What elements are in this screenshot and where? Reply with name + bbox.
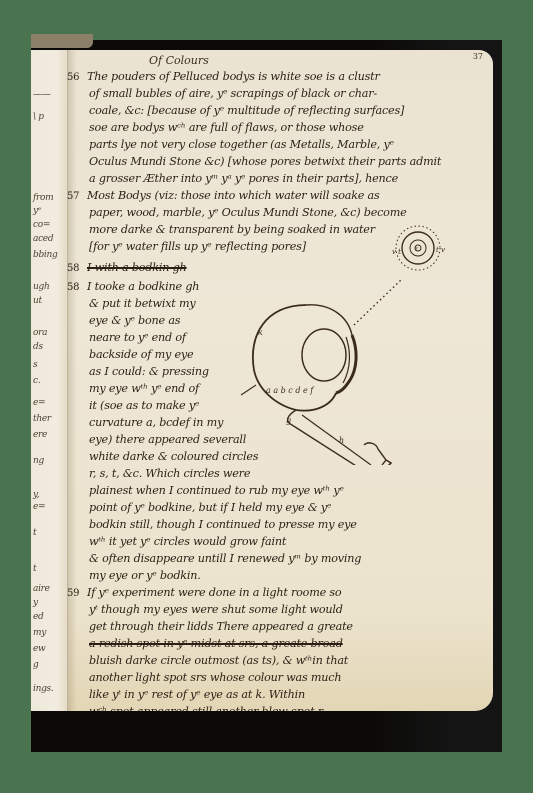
margin-note: e=	[33, 398, 45, 408]
label-tv: t v	[436, 246, 445, 254]
text-line: another light spot srs whose colour was …	[89, 669, 341, 686]
margin-note: t	[33, 564, 36, 574]
margin-note: y	[33, 598, 38, 608]
text-line: [for yᵉ water fills up yᵉ reflecting por…	[89, 238, 306, 255]
label-k: k	[258, 328, 263, 337]
text-line: 57Most Bodys (viz: those into which wate…	[89, 187, 380, 205]
margin-note: ere	[33, 430, 47, 440]
book-edge	[31, 34, 93, 48]
black-frame: —— \ p from yᵉ co= aced bbing ugh ut ora…	[31, 40, 502, 752]
margin-note: ew	[33, 644, 45, 654]
eye-bodkin-diagram: k a a b c d e f g h	[236, 265, 436, 465]
text-line: bluish darke circle outmost (as ts), & w…	[89, 652, 348, 669]
text-line: eye & yᵉ bone as	[89, 312, 180, 329]
text-line: neare to yᵉ end of	[89, 329, 186, 346]
margin-note: ng	[33, 456, 44, 466]
label-vt: v t	[392, 248, 401, 256]
text-line: paper, wood, marble, yᵉ Oculus Mundi Sto…	[89, 204, 407, 221]
text-line: curvature a, bcdef in my	[89, 414, 223, 431]
text-line: Oculus Mundi Stone &c) [whose pores betw…	[89, 153, 441, 170]
text-line: bodkin still, though I continued to pres…	[89, 516, 357, 533]
label-r: r	[415, 246, 419, 253]
text-line: 58I tooke a bodkine gh	[89, 278, 199, 296]
label-g: g	[286, 416, 291, 425]
margin-note: from	[33, 193, 53, 203]
margin-note: e=	[33, 502, 45, 512]
margin-note: t	[33, 528, 36, 538]
text-line: eye) there appeared severall	[89, 431, 246, 448]
margin-note: g	[33, 660, 38, 670]
margin-note: bbing	[33, 250, 57, 260]
entry-number: 58	[67, 260, 87, 277]
text-line: get through their lidds There appeared a…	[89, 618, 353, 635]
text-line: r, s, t, &c. Which circles were	[89, 465, 250, 482]
text-line: 59If yᵉ experiment were done in a light …	[89, 584, 341, 602]
entry-number: 58	[67, 279, 87, 296]
margin-note: co=	[33, 220, 50, 230]
text-line: as I could: & pressing	[89, 363, 209, 380]
margin-note: s	[33, 360, 37, 370]
margin-note: ora	[33, 328, 47, 338]
margin-note: aced	[33, 234, 53, 244]
text-line: yᵗ though my eyes were shut some light w…	[89, 601, 343, 618]
margin-note: ther	[33, 414, 51, 424]
concentric-circles-diagram: v t t v r	[386, 218, 456, 278]
margin-note: ut	[33, 296, 42, 306]
margin-note: ings.	[33, 684, 53, 694]
margin-note: yᵉ	[33, 206, 41, 216]
margin-note: aire	[33, 584, 50, 594]
text-line: plainest when I continued to rub my eye …	[89, 482, 344, 499]
text-line: of small bubles of aire, yᵉ scrapings of…	[89, 85, 377, 102]
manuscript-page: —— \ p from yᵉ co= aced bbing ugh ut ora…	[31, 50, 493, 711]
label-h: h	[339, 436, 344, 445]
margin-note: \ p	[33, 112, 44, 122]
entry-number: 59	[67, 585, 87, 602]
text-line: parts lye not very close together (as Me…	[89, 136, 394, 153]
margin-note: ——	[33, 90, 50, 100]
text-line: a redish spot in yᵉ midst at srs, a grea…	[89, 635, 343, 652]
margin-note: ds	[33, 342, 43, 352]
margin-note: c.	[33, 376, 40, 386]
text-line: a grosser Æther into yᵐ yᵃ yᵉ pores in t…	[89, 170, 398, 187]
page-heading: Of Colours	[149, 54, 209, 67]
margin-note: ugh	[33, 282, 49, 292]
text-line: white darke & coloured circles	[89, 448, 258, 465]
text-line: my eye wᵗʰ yᵉ end of	[89, 380, 199, 397]
margin-note: my	[33, 628, 46, 638]
text-line: & put it betwixt my	[89, 295, 196, 312]
folio-number: 37	[473, 52, 483, 61]
margin-note: ed	[33, 612, 44, 622]
entry-number: 57	[67, 188, 87, 205]
text-line: wᵗʰ it yet yᵉ circles would grow faint	[89, 533, 286, 550]
gutter-shadow	[67, 50, 77, 711]
text-line: & often disappeare untill I renewed yᵐ b…	[89, 550, 361, 567]
text-line: more darke & transparent by being soaked…	[89, 221, 375, 238]
text-line: 56The pouders of Pelluced bodys is white…	[89, 68, 380, 86]
margin-note: y,	[33, 490, 39, 500]
text-line: point of yᵉ bodkine, but if I held my ey…	[89, 499, 331, 516]
label-abcdef: a a b c d e f	[266, 386, 315, 395]
entry-number: 56	[67, 69, 87, 86]
facing-page-strip: —— \ p from yᵉ co= aced bbing ugh ut ora…	[31, 50, 68, 711]
text-line: backside of my eye	[89, 346, 193, 363]
text-line: soe are bodys wᶜʰ are full of flaws, or …	[89, 119, 364, 136]
text-line: wᶜʰ spot appeared still another blew spo…	[89, 703, 323, 711]
text-line: coale, &c: [because of yᵉ multitude of r…	[89, 102, 404, 119]
text-line: my eye or yᵉ bodkin.	[89, 567, 201, 584]
text-line: it (soe as to make yᵉ	[89, 397, 199, 414]
text-line: like yᵗ in yᵉ rest of yᵉ eye as at k. Wi…	[89, 686, 305, 703]
struck-line: 58I with a bodkin gh	[89, 259, 187, 277]
